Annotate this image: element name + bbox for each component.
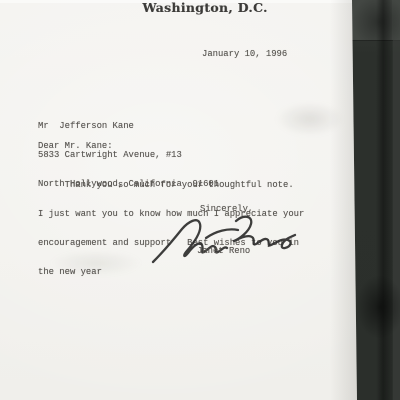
typed-signature-name: Janet Reno bbox=[197, 247, 250, 257]
government-seal-icon bbox=[36, 0, 82, 26]
scanned-letter-photo: Washington, D.C. January 10, 1996 Mr Jef… bbox=[0, 0, 400, 400]
ghost-stamp-mark bbox=[276, 102, 344, 136]
backdrop-edge-highlight bbox=[393, 40, 400, 400]
letter-date: January 10, 1996 bbox=[202, 50, 287, 60]
backdrop-top-patch bbox=[348, 0, 400, 41]
salutation: Dear Mr. Kane: bbox=[38, 142, 113, 152]
letter-paper: Washington, D.C. January 10, 1996 Mr Jef… bbox=[0, 0, 400, 400]
recipient-street: 5833 Cartwright Avenue, #13 bbox=[38, 151, 219, 161]
backdrop-dark-object bbox=[356, 275, 400, 339]
body-line: the new year bbox=[38, 268, 304, 278]
recipient-name: Mr Jefferson Kane bbox=[38, 122, 219, 132]
body-line: Thank you so much for your thoughtful no… bbox=[38, 181, 304, 191]
signature-janet-reno bbox=[148, 212, 300, 266]
letterhead-city: Washington, D.C. bbox=[120, 0, 290, 15]
backdrop-shadow-band bbox=[376, 0, 392, 400]
